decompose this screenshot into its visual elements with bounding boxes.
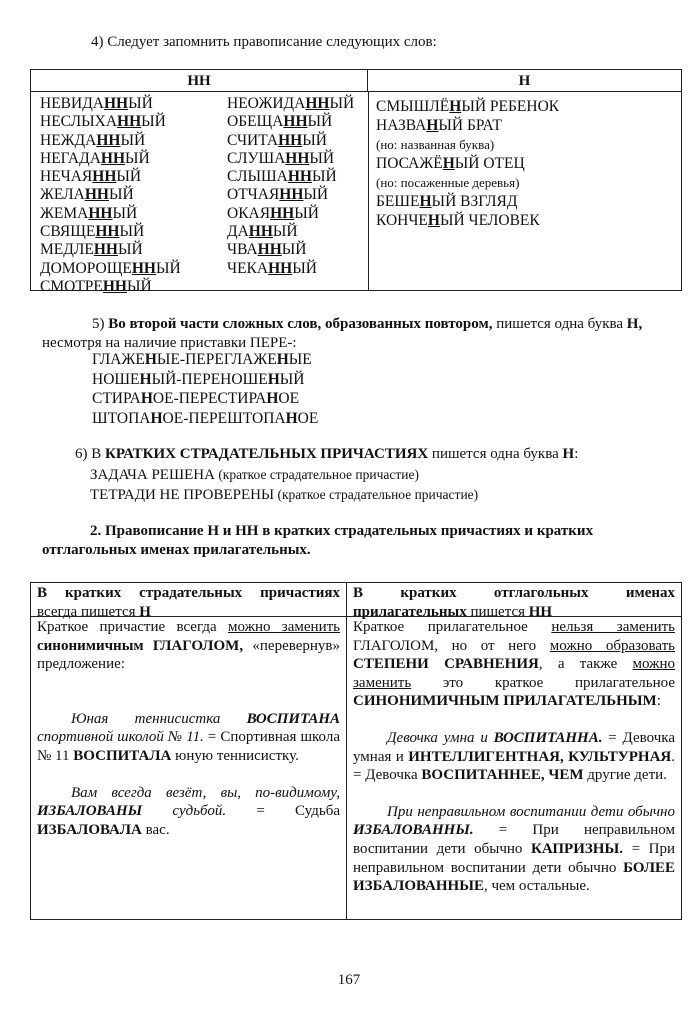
highlighted-letters: НН [279,186,303,203]
example-line: ГЛАЖЕНЫЕ-ПЕРЕГЛАЖЕНЫЕ [92,350,318,370]
word-item: НЕОЖИДАННЫЙ [227,95,354,113]
word-item: ЧЕКАННЫЙ [227,260,354,278]
item6-example: ЗАДАЧА РЕШЕНА (краткое страдательное при… [90,465,478,485]
highlighted-letters: НН [117,113,141,130]
highlighted-letters: НН [96,132,120,149]
highlighted-letters: НН [103,278,127,295]
word-item: СЧИТАННЫЙ [227,132,354,150]
item6-colon: : [574,446,578,462]
section-2-heading: 2. Правописание Н и НН в кратких страдат… [42,522,678,560]
nn-words-column-1: НЕВИДАННЫЙНЕСЛЫХАННЫЙНЕЖДАННЫЙНЕГАДАННЫЙ… [40,95,181,296]
highlighted-letters: Н [428,212,440,229]
table-header-nn: НН [31,70,368,92]
item6-bold: КРАТКИХ СТРАДАТЕЛЬНЫХ ПРИЧАСТИЯХ [105,446,428,462]
rules-comparison-table: В кратких страдательных причастиях всегд… [30,582,682,920]
word-item: ОКАЯННЫЙ [227,205,354,223]
word-item: СМОТРЕННЫЙ [40,278,181,296]
word-item: ДАННЫЙ [227,223,354,241]
participle-example-2: Вам всегда везёт, вы, по-видимому, ИЗБАЛ… [37,784,340,840]
table-header-n: Н [368,70,681,92]
adjective-rule: Краткое прилагательное нельзя заменить Г… [353,618,675,711]
highlighted-letters: НН [101,150,125,167]
highlighted-letters: НН [258,241,282,258]
example-line: НОШЕНЫЙ-ПЕРЕНОШЕНЫЙ [92,370,318,390]
highlighted-letters: НН [283,113,307,130]
adjective-example-2: При неправильном воспитании дети обычно … [353,803,675,896]
item5-number: 5) [92,316,108,332]
highlighted-letters: НН [132,260,156,277]
highlighted-letters: Н [443,155,455,172]
highlighted-letters: НН [95,223,119,240]
example-line: СТИРАНОЕ-ПЕРЕСТИРАНОЕ [92,389,318,409]
word-item: ОБЕЩАННЫЙ [227,113,354,131]
word-item: ПОСАЖЁНЫЙ ОТЕЦ [376,154,559,173]
word-item: НЕЖДАННЫЙ [40,132,181,150]
word-item: СВЯЩЕННЫЙ [40,223,181,241]
word-note: (но: посаженные деревья) [376,173,559,192]
word-item: МЕДЛЕННЫЙ [40,241,181,259]
example-text: ЗАДАЧА РЕШЕНА [90,467,215,483]
word-item: НАЗВАНЫЙ БРАТ [376,116,559,135]
highlighted-letters: НН [92,168,116,185]
example-note: (краткое страдательное причастие) [215,467,419,482]
item5-bold: Во второй части сложных слов, образованн… [108,316,492,332]
highlighted-letters: Н [419,193,431,210]
item5-line2: несмотря на наличие приставки ПЕРЕ-: [42,335,297,351]
word-item: ДОМОРОЩЕННЫЙ [40,260,181,278]
highlighted-letters: Н [449,98,461,115]
word-item: КОНЧЕНЫЙ ЧЕЛОВЕК [376,211,559,230]
word-item: ЖЕМАННЫЙ [40,205,181,223]
highlighted-letters: НН [94,241,118,258]
highlighted-letters: Н [426,117,438,134]
left-header-cell: В кратких страдательных причастиях всегд… [31,583,347,617]
column-divider [368,92,369,290]
item5-rest: пишется одна буква [492,316,626,332]
item5-letter: Н, [627,316,642,332]
example-text: ТЕТРАДИ НЕ ПРОВЕРЕНЫ [90,487,274,503]
word-note: (но: названная буква) [376,135,559,154]
item6-rest: пишется одна буква [428,446,562,462]
item6-letter: Н [563,446,575,462]
example-note: (краткое страдательное причастие) [274,487,478,502]
highlighted-letters: НН [305,95,329,112]
word-item: НЕЧАЯННЫЙ [40,168,181,186]
word-item: БЕШЕНЫЙ ВЗГЛЯД [376,192,559,211]
highlighted-letters: НН [249,223,273,240]
word-item: СЛУШАННЫЙ [227,150,354,168]
item4-intro: 4) Следует запомнить правописание следую… [91,34,437,51]
highlighted-letters: НН [270,205,294,222]
item6-examples: ЗАДАЧА РЕШЕНА (краткое страдательное при… [90,465,478,505]
word-item: НЕСЛЫХАННЫЙ [40,113,181,131]
item6-number: 6) В [75,446,105,462]
item5-examples: ГЛАЖЕНЫЕ-ПЕРЕГЛАЖЕНЫЕНОШЕНЫЙ-ПЕРЕНОШЕНЫЙ… [92,350,318,428]
right-header-cell: В кратких отглагольных именах прилагател… [347,583,681,617]
item6-example: ТЕТРАДИ НЕ ПРОВЕРЕНЫ (краткое страдатель… [90,485,478,505]
item5-rule: 5) Во второй части сложных слов, образов… [42,315,678,353]
highlighted-letters: НН [85,186,109,203]
left-header-bold: В кратких страдательных причастиях [37,585,340,601]
word-item: НЕВИДАННЫЙ [40,95,181,113]
word-item: СМЫШЛЁНЫЙ РЕБЕНОК [376,97,559,116]
highlighted-letters: НН [104,95,128,112]
participle-example-1: Юная теннисистка ВОСПИТАНА спортивной шк… [37,710,340,766]
right-body-cell: Краткое прилагательное нельзя заменить Г… [347,617,681,919]
page-number: 167 [0,972,698,989]
word-item: ЧВАННЫЙ [227,241,354,259]
word-item: ЖЕЛАННЫЙ [40,186,181,204]
participle-rule: Краткое причастие всегда можно заменить … [37,618,340,674]
spelling-words-table: НН Н НЕВИДАННЫЙНЕСЛЫХАННЫЙНЕЖДАННЫЙНЕГАД… [30,69,682,291]
nn-words-column-2: НЕОЖИДАННЫЙОБЕЩАННЫЙСЧИТАННЫЙСЛУШАННЫЙСЛ… [227,95,354,278]
word-item: НЕГАДАННЫЙ [40,150,181,168]
n-words-column: СМЫШЛЁНЫЙ РЕБЕНОКНАЗВАНЫЙ БРАТ(но: назва… [376,97,559,230]
highlighted-letters: НН [285,150,309,167]
highlighted-letters: НН [268,260,292,277]
highlighted-letters: НН [88,205,112,222]
word-item: ОТЧАЯННЫЙ [227,186,354,204]
item6-rule: 6) В КРАТКИХ СТРАДАТЕЛЬНЫХ ПРИЧАСТИЯХ пи… [75,445,578,464]
highlighted-letters: НН [278,132,302,149]
word-item: СЛЫШАННЫЙ [227,168,354,186]
adjective-example-1: Девочка умна и ВОСПИТАННА. = Девочка умн… [353,729,675,785]
left-body-cell: Краткое причастие всегда можно заменить … [31,617,347,919]
example-line: ШТОПАНОЕ-ПЕРЕШТОПАНОЕ [92,409,318,429]
highlighted-letters: НН [288,168,312,185]
